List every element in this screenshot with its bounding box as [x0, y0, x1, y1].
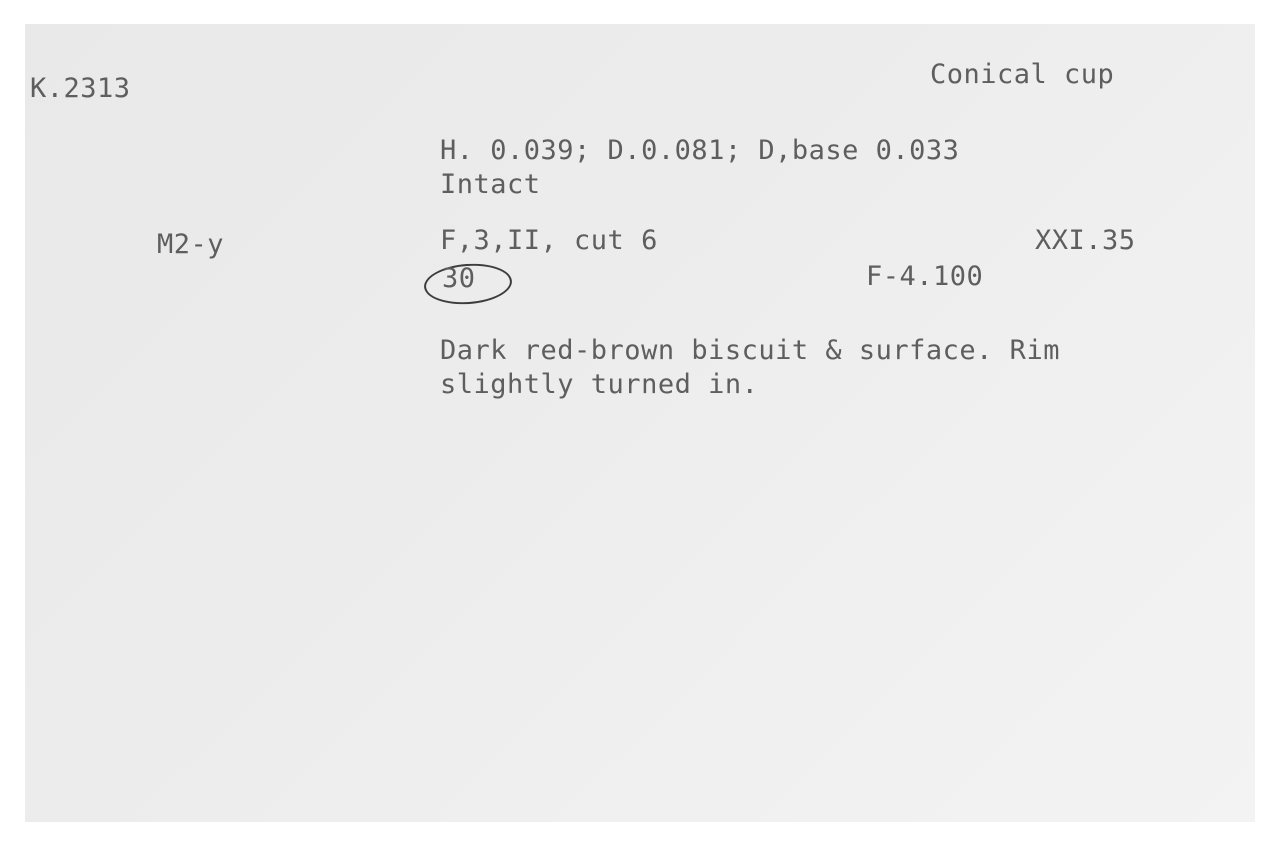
findspot: F,3,II, cut 6: [440, 224, 658, 258]
object-type: Conical cup: [930, 58, 1114, 92]
catalog-number: K.2313: [30, 72, 131, 106]
description-line-2: slightly turned in.: [440, 368, 758, 402]
location-code: M2-y: [157, 228, 224, 262]
description-line-1: Dark red-brown biscuit & surface. Rim: [440, 334, 1060, 368]
condition: Intact: [440, 168, 541, 202]
dimensions: H. 0.039; D.0.081; D,base 0.033: [440, 134, 959, 168]
date: XXI.35: [1035, 224, 1136, 258]
reference: F-4.100: [866, 260, 983, 294]
circled-number: 30: [442, 262, 476, 296]
